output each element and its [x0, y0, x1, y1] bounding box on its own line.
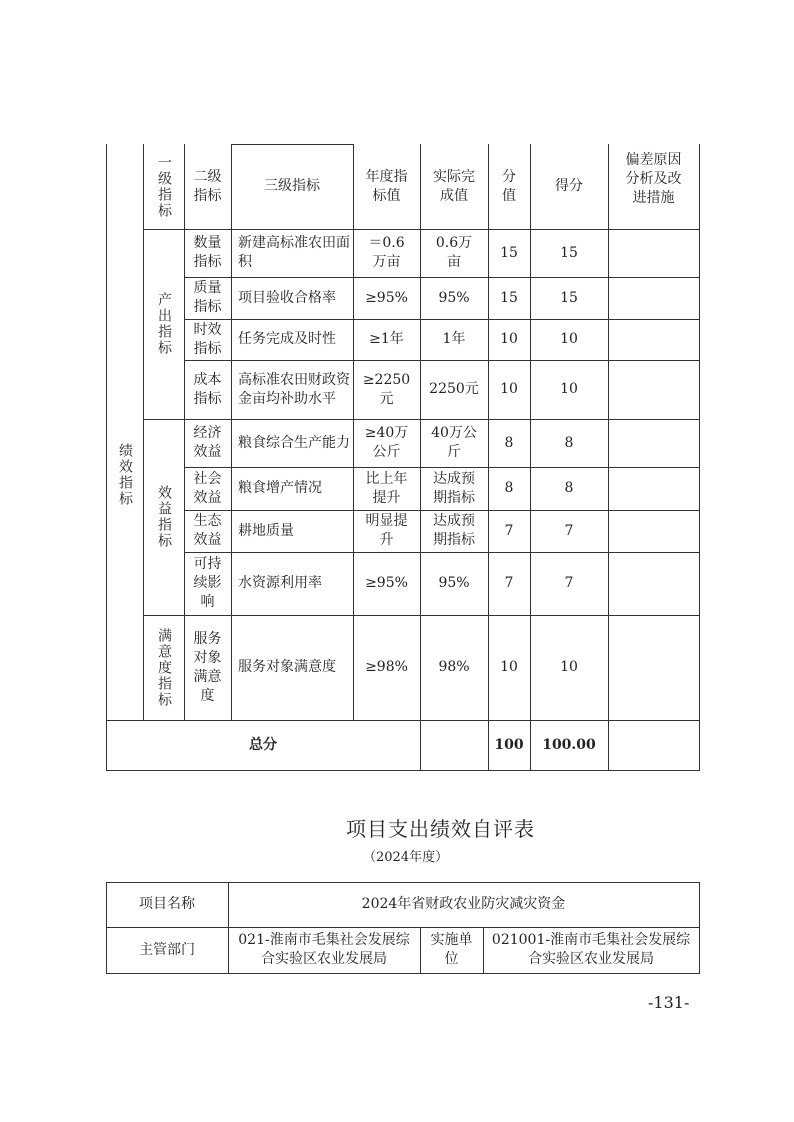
row-level2: 经济效益 — [184, 419, 231, 467]
group-label-text: 绩效指标 — [115, 443, 134, 507]
category-output: 产出指标 — [143, 229, 184, 419]
row-target: ≥40万公斤 — [353, 419, 420, 467]
row-weight: 8 — [488, 467, 530, 510]
row-actual: 98% — [420, 615, 488, 720]
row-target: ＝0.6万亩 — [353, 229, 420, 277]
row-score: 7 — [530, 552, 608, 615]
total-score: 100.00 — [530, 720, 608, 770]
row-deviation — [608, 229, 699, 277]
table-border — [699, 882, 700, 974]
total-actual — [420, 720, 488, 770]
row-actual: 0.6万亩 — [420, 229, 488, 277]
row-score: 15 — [530, 277, 608, 319]
row-score: 10 — [530, 615, 608, 720]
row-deviation — [608, 319, 699, 360]
project-name-value: 2024年省财政农业防灾减灾资金 — [228, 882, 699, 927]
unit-value: 021001-淮南市毛集社会发展综合实验区农业发展局 — [483, 927, 699, 973]
row-target: ≥1年 — [353, 319, 420, 360]
category-satisfaction-text: 满意度指标 — [154, 628, 173, 708]
row-level2: 质量指标 — [184, 277, 231, 319]
row-score: 8 — [530, 419, 608, 467]
row-target: ≥95% — [353, 277, 420, 319]
row-actual: 95% — [420, 552, 488, 615]
row-level3: 项目验收合格率 — [231, 277, 353, 319]
row-deviation — [608, 510, 699, 552]
row-score: 15 — [530, 229, 608, 277]
category-benefit-text: 效益指标 — [154, 485, 173, 549]
section-title: 项目支出绩效自评表 — [346, 813, 535, 842]
row-level2: 时效指标 — [184, 319, 231, 360]
row-level3: 任务完成及时性 — [231, 319, 353, 360]
row-level2: 服务对象满意度 — [184, 615, 231, 720]
row-weight: 8 — [488, 419, 530, 467]
row-target: 比上年提升 — [353, 467, 420, 510]
row-weight: 10 — [488, 615, 530, 720]
row-level2: 社会效益 — [184, 467, 231, 510]
row-level3: 高标准农田财政资金亩均补助水平 — [231, 360, 353, 419]
row-deviation — [608, 419, 699, 467]
dept-value: 021-淮南市毛集社会发展综合实验区农业发展局 — [228, 927, 420, 973]
row-level3: 粮食增产情况 — [231, 467, 353, 510]
row-level3: 粮食综合生产能力 — [231, 419, 353, 467]
row-actual: 达成预期指标 — [420, 467, 488, 510]
row-score: 7 — [530, 510, 608, 552]
category-output-text: 产出指标 — [154, 292, 173, 356]
row-actual: 1年 — [420, 319, 488, 360]
row-level2: 数量指标 — [184, 229, 231, 277]
row-level2: 可持续影响 — [184, 552, 231, 615]
header-score: 得分 — [530, 144, 608, 229]
row-deviation — [608, 360, 699, 419]
row-level2: 生态效益 — [184, 510, 231, 552]
row-actual: 95% — [420, 277, 488, 319]
header-level1-text: 一级指标 — [154, 155, 173, 219]
row-deviation — [608, 277, 699, 319]
row-weight: 10 — [488, 360, 530, 419]
row-level3: 服务对象满意度 — [231, 615, 353, 720]
row-score: 10 — [530, 319, 608, 360]
row-level2: 成本指标 — [184, 360, 231, 419]
row-actual: 2250元 — [420, 360, 488, 419]
project-name-label: 项目名称 — [106, 882, 228, 927]
row-level3: 新建高标准农田面积 — [231, 229, 353, 277]
row-weight: 10 — [488, 319, 530, 360]
unit-label: 实施单位 — [420, 927, 483, 973]
header-level2: 二级指标 — [184, 144, 231, 229]
header-target: 年度指标值 — [353, 144, 420, 229]
row-target: ≥2250元 — [353, 360, 420, 419]
row-weight: 15 — [488, 277, 530, 319]
row-weight: 7 — [488, 510, 530, 552]
dept-label: 主管部门 — [106, 927, 228, 973]
category-benefit: 效益指标 — [143, 419, 184, 615]
row-actual: 40万公斤 — [420, 419, 488, 467]
row-score: 8 — [530, 467, 608, 510]
table-border — [699, 144, 700, 771]
row-weight: 15 — [488, 229, 530, 277]
row-target: ≥98% — [353, 615, 420, 720]
total-label: 总分 — [106, 720, 420, 770]
row-actual: 达成预期指标 — [420, 510, 488, 552]
table-border — [106, 770, 700, 771]
row-deviation — [608, 552, 699, 615]
header-deviation: 偏差原因分析及改进措施 — [608, 144, 699, 214]
row-target: ≥95% — [353, 552, 420, 615]
row-level3: 耕地质量 — [231, 510, 353, 552]
row-deviation — [608, 467, 699, 510]
category-satisfaction: 满意度指标 — [143, 615, 184, 720]
total-deviation — [608, 720, 699, 770]
row-target: 明显提升 — [353, 510, 420, 552]
page-number: -131- — [648, 993, 689, 1012]
section-subtitle: （2024年度） — [363, 846, 448, 865]
header-level1: 一级指标 — [143, 144, 184, 229]
row-level3: 水资源利用率 — [231, 552, 353, 615]
row-weight: 7 — [488, 552, 530, 615]
table-border — [106, 973, 700, 974]
group-label: 绩效指标 — [106, 229, 143, 720]
header-level3: 三级指标 — [231, 144, 353, 229]
header-weight: 分值 — [488, 144, 530, 229]
total-weight: 100 — [488, 720, 530, 770]
row-score: 10 — [530, 360, 608, 419]
row-deviation — [608, 615, 699, 720]
header-actual: 实际完成值 — [420, 144, 488, 229]
